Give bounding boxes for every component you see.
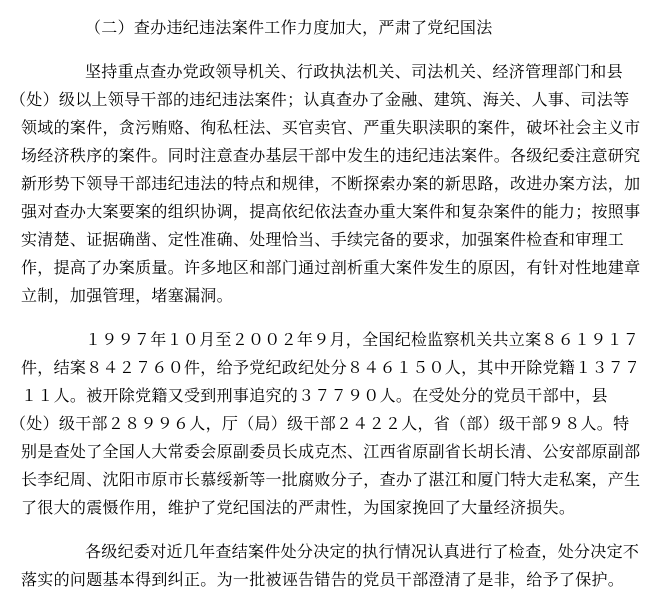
text-line: 作，提高了办案质量。许多地区和部门通过剖析重大案件发生的原因，有针对性地建章 <box>21 254 671 282</box>
paragraph-case-investigation: 坚持重点查办党政领导机关、行政执法机关、司法机关、经济管理部门和县（处）级以上领… <box>21 58 671 310</box>
text-line: 强对查办大案要案的组织协调，提高依纪依法查办重大案件和复杂案件的能力；按照事 <box>21 198 671 226</box>
text-line: 新形势下领导干部违纪违法的特点和规律，不断探索办案的新思路，改进办案方法，加 <box>21 170 671 198</box>
text-line: １１人。被开除党籍又受到刑事追究的３７７９０人。在受处分的党员干部中，县 <box>21 382 671 410</box>
text-line: 场经济秩序的案件。同时注意查办基层干部中发生的违纪违法案件。各级纪委注意研究 <box>21 142 671 170</box>
text-line: （二）查办违纪违法案件工作力度加大，严肃了党纪国法 <box>21 14 671 42</box>
text-line: 立制，加强管理，堵塞漏洞。 <box>21 282 671 310</box>
paragraph-review-protection: 各级纪委对近几年查结案件处分决定的执行情况认真进行了检查，处分决定不落实的问题基… <box>21 538 671 594</box>
text-line: （处）级以上领导干部的违纪违法案件；认真查办了金融、建筑、海关、人事、司法等 <box>10 86 671 114</box>
text-line: 长李纪周、沈阳市原市长慕绥新等一批腐败分子，查办了湛江和厦门特大走私案，产生 <box>21 466 671 494</box>
text-line: 实清楚、证据确凿、定性准确、处理恰当、手续完备的要求，加强案件检查和审理工 <box>21 226 671 254</box>
text-line: 别是查处了全国人大常委会原副委员长成克杰、江西省原副省长胡长清、公安部原副部 <box>21 438 671 466</box>
text-line: 了很大的震慑作用，维护了党纪国法的严肃性，为国家挽回了大量经济损失。 <box>21 494 671 522</box>
document-page: （二）查办违纪违法案件工作力度加大，严肃了党纪国法 坚持重点查办党政领导机关、行… <box>0 0 671 600</box>
text-line: 件，结案８４２７６０件，给予党纪政纪处分８４６１５０人，其中开除党籍１３７７ <box>21 354 671 382</box>
text-line: 各级纪委对近几年查结案件处分决定的执行情况认真进行了检查，处分决定不 <box>21 538 671 566</box>
document-body: （二）查办违纪违法案件工作力度加大，严肃了党纪国法 坚持重点查办党政领导机关、行… <box>0 14 671 594</box>
paragraph-statistics: １９９７年１０月至２００２年９月，全国纪检监察机关共立案８６１９１７件，结案８４… <box>21 326 671 522</box>
text-line: 领域的案件，贪污贿赂、徇私枉法、买官卖官、严重失职渎职的案件，破坏社会主义市 <box>21 114 671 142</box>
text-line: 坚持重点查办党政领导机关、行政执法机关、司法机关、经济管理部门和县 <box>21 58 671 86</box>
section-heading: （二）查办违纪违法案件工作力度加大，严肃了党纪国法 <box>21 14 671 42</box>
text-line: （处）级干部２８９９６人，厅（局）级干部２４２２人，省（部）级干部９８人。特 <box>10 410 671 438</box>
text-line: 落实的问题基本得到纠正。为一批被诬告错告的党员干部澄清了是非，给予了保护。 <box>21 566 671 594</box>
text-line: １９９７年１０月至２００２年９月，全国纪检监察机关共立案８６１９１７ <box>21 326 671 354</box>
